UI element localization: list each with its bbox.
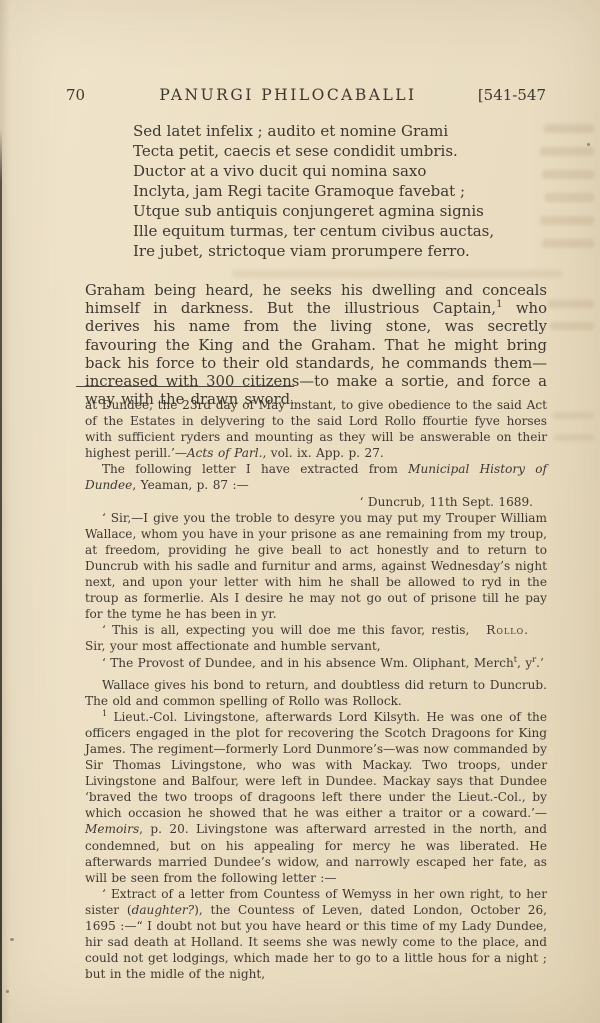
line-range-label: [541-547 [476,86,546,104]
verse-line: Ille equitum turmas, ter centum civibus … [133,221,560,241]
footnote-paragraph: Rollo.‘ This is all, expecting you will … [85,622,547,654]
text-segment: , p. 20. Livingstone was afterward arres… [85,822,547,884]
page-number: 70 [66,86,100,104]
scan-edge-line [0,128,2,1023]
verse-line: Tecta petit, caecis et sese condidit umb… [133,141,560,161]
body-paragraph: Graham being heard, he seeks his dwellin… [85,282,547,409]
text-segment: ‘ This is all, expecting you will doe me… [85,623,469,653]
scan-speck [6,990,9,993]
page-title: PANURGI PHILOCABALLI [100,86,476,104]
scan-speck [587,143,590,146]
text-segment: Graham being heard, he seeks his dwellin… [85,282,547,317]
bleed-through-smudge [552,412,594,419]
bleed-through-smudge [232,270,562,278]
bleed-through-smudge [550,322,594,330]
verse-line: Utque sub antiquis conjungeret agmina si… [133,201,560,221]
footnote-paragraph: ‘ Sir,—I give you the troble to desyre y… [85,510,547,623]
text-segment: daughter? [132,903,195,917]
footnote-section: at Dundee, the 23rd day of May instant, … [85,397,547,982]
verse-line: Sed latet infelix ; audito et nomine Gra… [133,121,560,141]
text-segment: , vol. ix. App. p. 27. [262,446,383,460]
text-segment: , Yeaman, p. 87 :— [132,478,248,492]
text-segment: Memoirs [85,822,139,836]
text-segment: .’ [536,656,544,670]
verse-line: Ire jubet, strictoque viam prorumpere fe… [133,241,560,261]
footnote-paragraph: ‘ Duncrub, 11th Sept. 1689. [85,494,547,510]
text-segment: ‘ Duncrub, 11th Sept. 1689. [360,495,533,509]
text-segment: Lieut.-Col. Livingstone, afterwards Lord… [85,710,547,821]
text-segment: Acts of Parl. [187,446,263,460]
footnote-paragraph: Wallace gives his bond to return, and do… [85,677,547,709]
latin-verse-block: Sed latet infelix ; audito et nomine Gra… [133,121,560,261]
verse-line: Inclyta, jam Regi tacite Gramoque faveba… [133,181,560,201]
scanned-book-page: 70 PANURGI PHILOCABALLI [541-547 Sed lat… [0,0,600,1023]
text-segment: , y [517,656,532,670]
bleed-through-smudge [548,300,594,308]
text-segment: ‘ Sir,—I give you the troble to desyre y… [85,511,547,622]
text-segment: Wallace gives his bond to return, and do… [85,678,547,708]
scan-speck [10,938,14,941]
footnote-paragraph: 1 Lieut.-Col. Livingstone, afterwards Lo… [85,709,547,886]
footnote-paragraph: The following letter I have extracted fr… [85,461,547,493]
verse-line: Ductor at a vivo ducit qui nomina saxo [133,161,560,181]
footnote-paragraph: ‘ The Provost of Dundee, and in his abse… [85,655,547,671]
footnote-separator-rule [76,386,294,387]
running-header: 70 PANURGI PHILOCABALLI [541-547 [66,86,546,104]
text-segment: ‘ The Provost of Dundee, and in his abse… [102,656,514,670]
text-segment: Rollo. [469,622,547,638]
footnote-paragraph: ‘ Extract of a letter from Countess of W… [85,886,547,983]
footnote-paragraph: at Dundee, the 23rd day of May instant, … [85,397,547,461]
text-segment: The following letter I have extracted fr… [102,462,408,476]
bleed-through-smudge [554,434,594,441]
